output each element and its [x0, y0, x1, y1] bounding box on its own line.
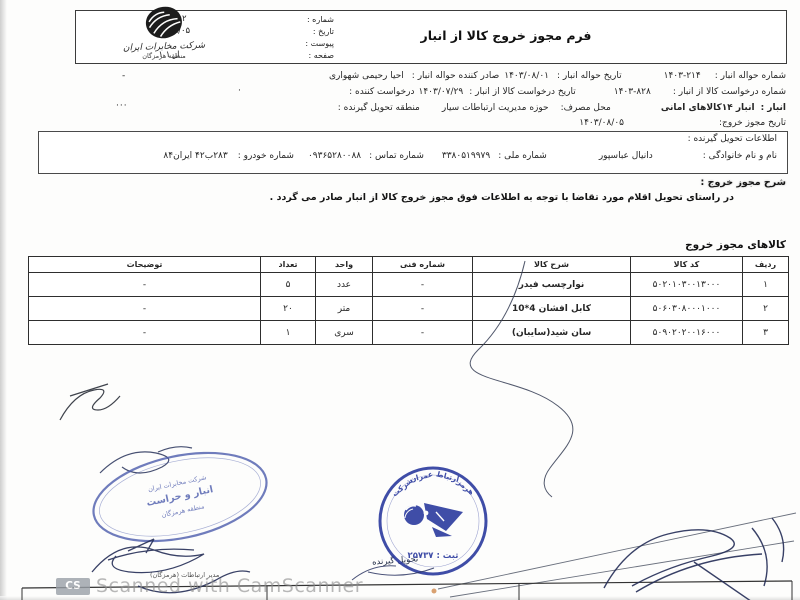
name-label: نام و نام خانوادگی : — [703, 151, 777, 161]
permit-desc-heading: شرح مجوز خروج : — [701, 177, 786, 188]
item-code: ۵۰۹۰۲۰۲۰۰۱۶۰۰۰ — [631, 321, 743, 345]
table-row: ۲ ۵۰۶۰۳۰۸۰۰۰۱۰۰۰ کابل افشان 4*10 - متر ۲… — [29, 297, 789, 321]
item-unit: عدد — [316, 273, 373, 297]
label: انبار : — [761, 103, 786, 113]
line1-endmark: - — [122, 71, 125, 81]
item-tech: - — [373, 297, 473, 321]
value: انبار ۱۴کالاهای امانی — [661, 103, 755, 113]
label: تاریخ حواله انبار : — [557, 71, 622, 81]
oval-stamp: شرکت مخابرات ایران انبار و حراست منطقه ه… — [85, 439, 274, 556]
item-qty: ۲۰ — [261, 297, 316, 321]
items-header-row: ردیف کد کالا شرح کالا شماره فنی واحد تعد… — [29, 257, 789, 273]
value: ۱۴۰۳-۲۱۴ — [664, 71, 701, 81]
name-value: دانیال عباسپور — [599, 151, 653, 161]
scanned-document: شماره : ۱۴۰۳-۶۰۲ تاریخ : ۱۴۰۳/۰۸/۰۵ پیوس… — [0, 0, 800, 600]
signature-middle — [352, 566, 434, 580]
col-unit: واحد — [316, 257, 373, 273]
line2-endmark: · — [238, 86, 241, 96]
value: ۱۴۰۳/۰۸/۰۱ — [504, 71, 549, 81]
form-title: فرم مجوز خروج کالا از انبار — [391, 28, 621, 43]
item-tech: - — [373, 273, 473, 297]
table-row: ۱ ۵۰۲۰۱۰۳۰۰۱۳۰۰۰ نوارچسب فیدر - عدد ۵ - — [29, 273, 789, 297]
camscanner-watermark: CS Scanned with CamScanner — [56, 575, 363, 597]
info-line-3: انبار : انبار ۱۴کالاهای امانی محل مصرف: … — [100, 103, 786, 113]
item-qty: ۵ — [261, 273, 316, 297]
receiver-heading: اطلاعات تحویل گیرنده : — [688, 134, 777, 144]
camscanner-text: Scanned with CamScanner — [96, 575, 363, 597]
info-line-1: شماره حواله انبار : ۱۴۰۳-۲۱۴ تاریخ حواله… — [100, 71, 786, 81]
phone-label: شماره تماس : — [369, 151, 424, 161]
oval-stamp-line3: منطقه هرمزگان — [161, 502, 205, 519]
col-tech: شماره فنی — [373, 257, 473, 273]
receiver-row: نام و نام خانوادگی : دانیال عباسپور شمار… — [47, 151, 777, 161]
items-table: ردیف کد کالا شرح کالا شماره فنی واحد تعد… — [28, 256, 789, 345]
value: حوزه مدیریت ارتباطات سیار — [442, 103, 549, 113]
item-tech: - — [373, 321, 473, 345]
line3-endmark: ··· — [116, 101, 128, 111]
row-index: ۳ — [743, 321, 789, 345]
item-unit: متر — [316, 297, 373, 321]
oval-stamp-line2: انبار و حراست — [146, 484, 214, 509]
camscanner-badge-icon: CS — [56, 578, 90, 595]
label: تاریخ مجوز خروج: — [719, 118, 786, 128]
item-qty: ۱ — [261, 321, 316, 345]
round-stamp-emblem-icon — [404, 503, 463, 537]
scan-edge-left — [0, 0, 7, 600]
row-index: ۱ — [743, 273, 789, 297]
item-desc: نوارچسب فیدر — [473, 273, 631, 297]
handwritten-flourish — [100, 447, 192, 473]
receiver-info-box: اطلاعات تحویل گیرنده : نام و نام خانوادگ… — [38, 131, 788, 174]
attachment-label: پیوست : — [254, 39, 334, 48]
plate-value: ۲۸۳ب۴۲ ایران۸۴ — [163, 151, 227, 161]
pen-diagonal-lines — [438, 513, 796, 597]
label: صادر کننده حواله انبار : — [412, 71, 499, 81]
item-code: ۵۰۲۰۱۰۳۰۰۱۳۰۰۰ — [631, 273, 743, 297]
label: تاریخ درخواست کالا از انبار : — [469, 87, 576, 97]
item-desc: سان شید(سایبان) — [473, 321, 631, 345]
col-notes: توضیحات — [29, 257, 261, 273]
label: درخواست کننده : — [349, 87, 414, 97]
company-logo: شرکت مخابرات ایران منطقه هرمزگان — [94, 5, 234, 60]
label: شماره درخواست کالا از انبار : — [673, 87, 786, 97]
label: محل مصرف: — [561, 103, 611, 113]
ink-smudge — [432, 589, 437, 594]
permit-desc-text: در راستای تحویل اقلام مورد تقاضا با توجه… — [270, 192, 734, 203]
items-heading: کالاهای مجوز خروج — [685, 239, 786, 251]
info-line-2: شماره درخواست کالا از انبار : ۱۴۰۳-۸۲۸ ت… — [100, 87, 786, 97]
nid-label: شماره ملی : — [498, 151, 547, 161]
number-label: شماره : — [254, 15, 334, 24]
date-label: تاریخ : — [254, 27, 334, 36]
round-stamp-word3: ارتباط — [435, 469, 460, 483]
item-desc: کابل افشان 4*10 — [473, 297, 631, 321]
item-notes: - — [29, 273, 261, 297]
round-stamp-word4: هرمز — [455, 477, 476, 497]
col-row: ردیف — [743, 257, 789, 273]
oval-stamp-line1: شرکت مخابرات ایران — [147, 473, 207, 493]
value: ۱۴۰۳-۸۲۸ — [614, 87, 651, 97]
handwritten-scribble — [60, 384, 120, 420]
page-label: صفحه : — [254, 51, 334, 60]
round-stamp-word1: شرکت — [390, 476, 414, 499]
label: منطقه تحویل گیرنده : — [338, 103, 420, 113]
round-stamp-word2: عمران — [409, 469, 434, 483]
item-notes: - — [29, 321, 261, 345]
info-line-4: تاریخ مجوز خروج: ۱۴۰۳/۰۸/۰۵ — [100, 118, 786, 128]
nid-value: ۳۳۸۰۵۱۹۹۷۹ — [442, 151, 490, 161]
col-qty: تعداد — [261, 257, 316, 273]
label: شماره حواله انبار : — [715, 71, 786, 81]
item-notes: - — [29, 297, 261, 321]
form-header-box: شماره : ۱۴۰۳-۶۰۲ تاریخ : ۱۴۰۳/۰۸/۰۵ پیوس… — [75, 10, 787, 64]
table-row: ۳ ۵۰۹۰۲۰۲۰۰۱۶۰۰۰ سان شید(سایبان) - سری ۱… — [29, 321, 789, 345]
row-index: ۲ — [743, 297, 789, 321]
col-desc: شرح کالا — [473, 257, 631, 273]
telecom-logo-icon — [137, 0, 190, 46]
col-code: کد کالا — [631, 257, 743, 273]
footer-receiver-note: تحویل گیرنده — [372, 554, 419, 567]
phone-value: ۰۹۳۶۵۲۸۰۰۸۸ — [308, 151, 361, 161]
item-unit: سری — [316, 321, 373, 345]
value: ۱۴۰۳/۰۷/۲۹ — [418, 87, 463, 97]
value: احیا رحیمی شهواری — [329, 71, 404, 81]
value: ۱۴۰۳/۰۸/۰۵ — [579, 118, 624, 128]
plate-label: شماره خودرو : — [238, 151, 294, 161]
signature-right — [604, 518, 784, 600]
item-code: ۵۰۶۰۳۰۸۰۰۰۱۰۰۰ — [631, 297, 743, 321]
